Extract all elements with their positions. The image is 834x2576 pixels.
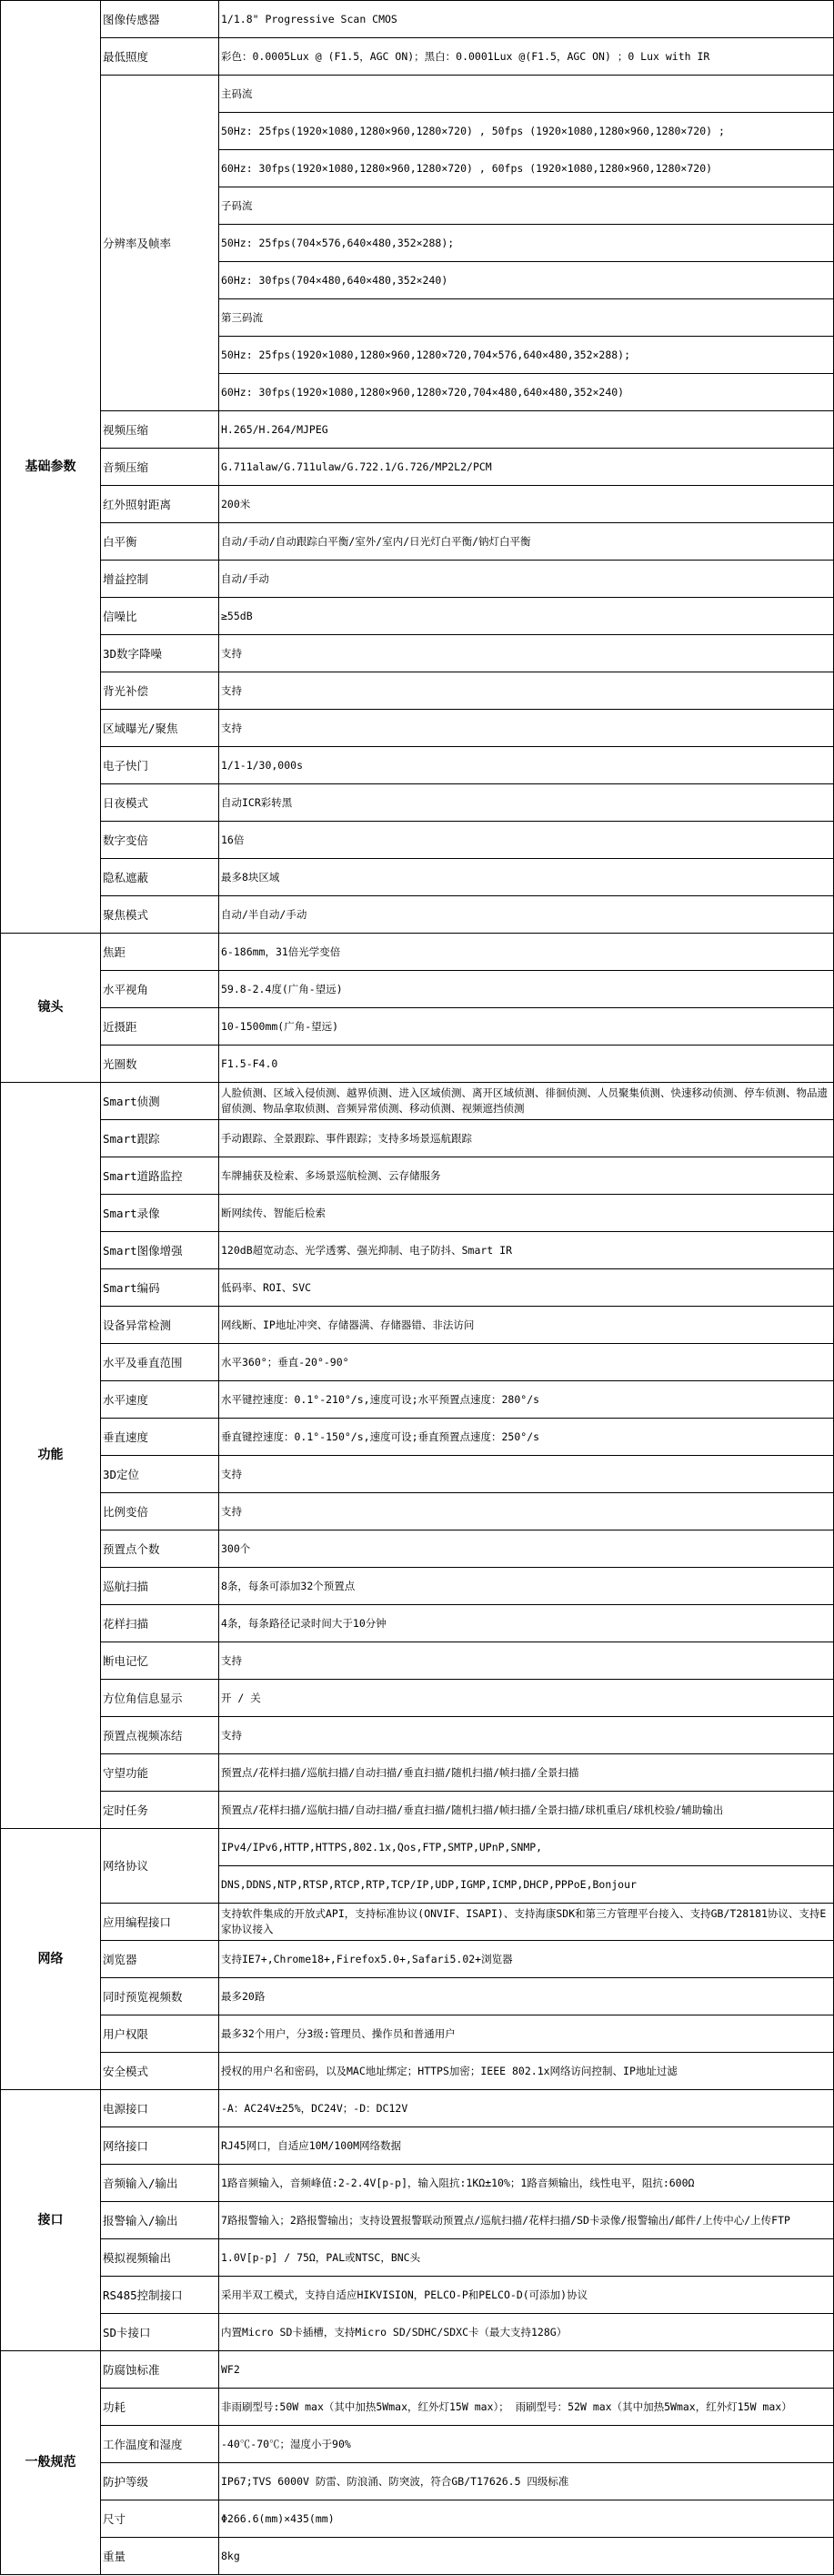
- spec-table: 基础参数图像传感器1/1.8" Progressive Scan CMOS最低照…: [0, 0, 834, 2575]
- spec-value: 自动/手动/自动跟踪白平衡/室外/室内/日光灯白平衡/钠灯白平衡: [219, 523, 834, 561]
- spec-row: 光圈数F1.5-F4.0: [1, 1046, 834, 1083]
- spec-row: 定时任务预置点/花样扫描/巡航扫描/自动扫描/垂直扫描/随机扫描/帧扫描/全景扫…: [1, 1792, 834, 1829]
- spec-value: 低码率、ROI、SVC: [219, 1269, 834, 1307]
- spec-name: 增益控制: [101, 561, 219, 598]
- spec-value: 预置点/花样扫描/巡航扫描/自动扫描/垂直扫描/随机扫描/帧扫描/全景扫描: [219, 1754, 834, 1792]
- spec-name: 网络接口: [101, 2127, 219, 2165]
- spec-row: 日夜模式自动ICR彩转黑: [1, 784, 834, 822]
- spec-name: 隐私遮蔽: [101, 859, 219, 896]
- spec-value: 人脸侦测、区域入侵侦测、越界侦测、进入区域侦测、离开区域侦测、徘徊侦测、人员聚集…: [219, 1083, 834, 1120]
- spec-value: 50Hz: 25fps(1920×1080,1280×960,1280×720)…: [219, 113, 834, 150]
- spec-value: 60Hz: 30fps(1920×1080,1280×960,1280×720,…: [219, 374, 834, 411]
- spec-row: 聚焦模式自动/半自动/手动: [1, 896, 834, 934]
- spec-row: 3D数字降噪支持: [1, 635, 834, 672]
- spec-value: ≥55dB: [219, 598, 834, 635]
- spec-name: 工作温度和湿度: [101, 2426, 219, 2463]
- spec-name: 水平速度: [101, 1381, 219, 1419]
- spec-value: 120dB超宽动态、光学透雾、强光抑制、电子防抖、Smart IR: [219, 1232, 834, 1269]
- spec-name: 安全模式: [101, 2053, 219, 2090]
- spec-row: 重量8kg: [1, 2538, 834, 2575]
- spec-name: Smart道路监控: [101, 1157, 219, 1195]
- spec-row: 隐私遮蔽最多8块区域: [1, 859, 834, 896]
- spec-row: 应用编程接口支持软件集成的开放式API，支持标准协议(ONVIF、ISAPI)、…: [1, 1904, 834, 1941]
- spec-row: 分辨率及帧率主码流: [1, 76, 834, 113]
- spec-value: 支持: [219, 635, 834, 672]
- spec-name: Smart跟踪: [101, 1120, 219, 1157]
- spec-name: 3D数字降噪: [101, 635, 219, 672]
- spec-value: 59.8-2.4度(广角-望远): [219, 971, 834, 1008]
- spec-row: 数字变倍16倍: [1, 822, 834, 859]
- spec-row: 镜头焦距6-186mm，31倍光学变倍: [1, 934, 834, 971]
- spec-row: 比例变倍支持: [1, 1493, 834, 1530]
- spec-row: 安全模式授权的用户名和密码，以及MAC地址绑定；HTTPS加密；IEEE 802…: [1, 2053, 834, 2090]
- spec-row: 音频压缩G.711alaw/G.711ulaw/G.722.1/G.726/MP…: [1, 449, 834, 486]
- spec-row: 工作温度和湿度-40℃-70℃；湿度小于90%: [1, 2426, 834, 2463]
- spec-row: 电子快门1/1-1/30,000s: [1, 747, 834, 784]
- spec-row: 设备异常检测网线断、IP地址冲突、存储器满、存储器错、非法访问: [1, 1307, 834, 1344]
- spec-row: 方位角信息显示开 / 关: [1, 1680, 834, 1717]
- spec-name: 应用编程接口: [101, 1904, 219, 1941]
- spec-value: 车牌捕获及检索、多场景巡航检测、云存储服务: [219, 1157, 834, 1195]
- spec-row: 浏览器支持IE7+,Chrome18+,Firefox5.0+,Safari5.…: [1, 1941, 834, 1978]
- spec-value: 预置点/花样扫描/巡航扫描/自动扫描/垂直扫描/随机扫描/帧扫描/全景扫描/球机…: [219, 1792, 834, 1829]
- spec-row: 同时预览视频数最多20路: [1, 1978, 834, 2015]
- spec-value: IPv4/IPv6,HTTP,HTTPS,802.1x,Qos,FTP,SMTP…: [219, 1829, 834, 1866]
- spec-name: 花样扫描: [101, 1605, 219, 1642]
- spec-name: 守望功能: [101, 1754, 219, 1792]
- spec-value: 支持: [219, 1642, 834, 1680]
- spec-name: RS485控制接口: [101, 2277, 219, 2314]
- spec-value: 采用半双工模式，支持自适应HIKVISION，PELCO-P和PELCO-D(可…: [219, 2277, 834, 2314]
- spec-name: 设备异常检测: [101, 1307, 219, 1344]
- spec-row: 红外照射距离200米: [1, 486, 834, 523]
- spec-value: 网线断、IP地址冲突、存储器满、存储器错、非法访问: [219, 1307, 834, 1344]
- spec-value: 水平360°；垂直-20°-90°: [219, 1344, 834, 1381]
- spec-name: 预置点视频冻结: [101, 1717, 219, 1754]
- spec-name: 防腐蚀标准: [101, 2351, 219, 2389]
- spec-row: 增益控制自动/手动: [1, 561, 834, 598]
- spec-name: Smart编码: [101, 1269, 219, 1307]
- spec-name: 焦距: [101, 934, 219, 971]
- spec-name: 聚焦模式: [101, 896, 219, 934]
- spec-name: Smart侦测: [101, 1083, 219, 1120]
- spec-value: 自动/半自动/手动: [219, 896, 834, 934]
- spec-value: 7路报警输入；2路报警输出；支持设置报警联动预置点/巡航扫描/花样扫描/SD卡录…: [219, 2202, 834, 2239]
- spec-value: 1.0V[p-p] / 75Ω，PAL或NTSC，BNC头: [219, 2239, 834, 2277]
- spec-name: 红外照射距离: [101, 486, 219, 523]
- spec-name: 垂直速度: [101, 1419, 219, 1456]
- spec-table-body: 基础参数图像传感器1/1.8" Progressive Scan CMOS最低照…: [1, 1, 834, 2575]
- spec-value: 1/1.8" Progressive Scan CMOS: [219, 1, 834, 38]
- spec-value: 支持IE7+,Chrome18+,Firefox5.0+,Safari5.02+…: [219, 1941, 834, 1978]
- spec-value: 16倍: [219, 822, 834, 859]
- spec-value: 4条，每条路径记录时间大于10分钟: [219, 1605, 834, 1642]
- spec-row: 基础参数图像传感器1/1.8" Progressive Scan CMOS: [1, 1, 834, 38]
- spec-name: 巡航扫描: [101, 1568, 219, 1605]
- spec-row: 防护等级IP67;TVS 6000V 防雷、防浪涌、防突波，符合GB/T1762…: [1, 2463, 834, 2500]
- spec-value: 自动ICR彩转黑: [219, 784, 834, 822]
- spec-name: 日夜模式: [101, 784, 219, 822]
- spec-value: 垂直键控速度：0.1°-150°/s,速度可设;垂直预置点速度：250°/s: [219, 1419, 834, 1456]
- spec-row: 接口电源接口-A：AC24V±25%，DC24V；-D：DC12V: [1, 2090, 834, 2127]
- spec-name: 水平视角: [101, 971, 219, 1008]
- spec-value: F1.5-F4.0: [219, 1046, 834, 1083]
- spec-value: 支持: [219, 710, 834, 747]
- spec-value: 最多20路: [219, 1978, 834, 2015]
- spec-value: 手动跟踪、全景跟踪、事件跟踪；支持多场景巡航跟踪: [219, 1120, 834, 1157]
- spec-value: G.711alaw/G.711ulaw/G.722.1/G.726/MP2L2/…: [219, 449, 834, 486]
- spec-name: 白平衡: [101, 523, 219, 561]
- spec-value: 支持软件集成的开放式API，支持标准协议(ONVIF、ISAPI)、支持海康SD…: [219, 1904, 834, 1941]
- spec-name: 图像传感器: [101, 1, 219, 38]
- spec-name: 定时任务: [101, 1792, 219, 1829]
- spec-value: 支持: [219, 1456, 834, 1493]
- spec-name: 用户权限: [101, 2015, 219, 2053]
- spec-name: 尺寸: [101, 2500, 219, 2538]
- spec-value: 200米: [219, 486, 834, 523]
- spec-name: 分辨率及帧率: [101, 76, 219, 411]
- spec-value: 10-1500mm(广角-望远): [219, 1008, 834, 1046]
- spec-row: 网络网络协议IPv4/IPv6,HTTP,HTTPS,802.1x,Qos,FT…: [1, 1829, 834, 1866]
- spec-name: 音频压缩: [101, 449, 219, 486]
- spec-row: 功耗非雨刷型号:50W max（其中加热5Wmax，红外灯15W max）； 雨…: [1, 2389, 834, 2426]
- spec-row: 水平视角59.8-2.4度(广角-望远): [1, 971, 834, 1008]
- spec-name: 最低照度: [101, 38, 219, 76]
- spec-value: 水平键控速度：0.1°-210°/s,速度可设;水平预置点速度：280°/s: [219, 1381, 834, 1419]
- spec-value: 300个: [219, 1530, 834, 1568]
- spec-value: WF2: [219, 2351, 834, 2389]
- spec-row: 模拟视频输出1.0V[p-p] / 75Ω，PAL或NTSC，BNC头: [1, 2239, 834, 2277]
- spec-name: 光圈数: [101, 1046, 219, 1083]
- spec-value: -A：AC24V±25%，DC24V；-D：DC12V: [219, 2090, 834, 2127]
- spec-value: 自动/手动: [219, 561, 834, 598]
- spec-value: DNS,DDNS,NTP,RTSP,RTCP,RTP,TCP/IP,UDP,IG…: [219, 1866, 834, 1904]
- spec-name: 模拟视频输出: [101, 2239, 219, 2277]
- spec-name: 同时预览视频数: [101, 1978, 219, 2015]
- spec-row: 尺寸Φ266.6(mm)×435(mm): [1, 2500, 834, 2538]
- spec-row: 音频输入/输出1路音频输入，音频峰值:2-2.4V[p-p]，输入阻抗:1KΩ±…: [1, 2165, 834, 2202]
- spec-name: 网络协议: [101, 1829, 219, 1904]
- spec-row: 守望功能预置点/花样扫描/巡航扫描/自动扫描/垂直扫描/随机扫描/帧扫描/全景扫…: [1, 1754, 834, 1792]
- spec-value: Φ266.6(mm)×435(mm): [219, 2500, 834, 2538]
- spec-name: 报警输入/输出: [101, 2202, 219, 2239]
- spec-row: 水平速度水平键控速度：0.1°-210°/s,速度可设;水平预置点速度：280°…: [1, 1381, 834, 1419]
- spec-value: 支持: [219, 1717, 834, 1754]
- spec-row: Smart图像增强120dB超宽动态、光学透雾、强光抑制、电子防抖、Smart …: [1, 1232, 834, 1269]
- spec-value: 最多8块区域: [219, 859, 834, 896]
- spec-name: 方位角信息显示: [101, 1680, 219, 1717]
- spec-name: Smart录像: [101, 1195, 219, 1232]
- category-label: 接口: [1, 2090, 101, 2351]
- spec-value: 最多32个用户，分3级:管理员、操作员和普通用户: [219, 2015, 834, 2053]
- spec-name: 防护等级: [101, 2463, 219, 2500]
- spec-name: 数字变倍: [101, 822, 219, 859]
- spec-name: 背光补偿: [101, 672, 219, 710]
- spec-row: 报警输入/输出7路报警输入；2路报警输出；支持设置报警联动预置点/巡航扫描/花样…: [1, 2202, 834, 2239]
- spec-name: 预置点个数: [101, 1530, 219, 1568]
- spec-value: 60Hz: 30fps(1920×1080,1280×960,1280×720)…: [219, 150, 834, 187]
- spec-value: 非雨刷型号:50W max（其中加热5Wmax，红外灯15W max）； 雨刷型…: [219, 2389, 834, 2426]
- spec-row: 网络接口RJ45网口，自适应10M/100M网络数据: [1, 2127, 834, 2165]
- spec-value: 第三码流: [219, 299, 834, 337]
- spec-value: H.265/H.264/MJPEG: [219, 411, 834, 449]
- spec-row: 预置点视频冻结支持: [1, 1717, 834, 1754]
- spec-row: 一般规范防腐蚀标准WF2: [1, 2351, 834, 2389]
- spec-name: 3D定位: [101, 1456, 219, 1493]
- category-label: 网络: [1, 1829, 101, 2090]
- spec-value: 内置Micro SD卡插槽，支持Micro SD/SDHC/SDXC卡（最大支持…: [219, 2314, 834, 2351]
- category-label: 镜头: [1, 934, 101, 1083]
- spec-value: 开 / 关: [219, 1680, 834, 1717]
- spec-name: 断电记忆: [101, 1642, 219, 1680]
- spec-row: 水平及垂直范围水平360°；垂直-20°-90°: [1, 1344, 834, 1381]
- spec-row: 区域曝光/聚焦支持: [1, 710, 834, 747]
- spec-value: 50Hz: 25fps(1920×1080,1280×960,1280×720,…: [219, 337, 834, 374]
- spec-row: 用户权限最多32个用户，分3级:管理员、操作员和普通用户: [1, 2015, 834, 2053]
- spec-name: Smart图像增强: [101, 1232, 219, 1269]
- spec-row: Smart编码低码率、ROI、SVC: [1, 1269, 834, 1307]
- spec-row: 巡航扫描8条，每条可添加32个预置点: [1, 1568, 834, 1605]
- spec-row: 预置点个数300个: [1, 1530, 834, 1568]
- category-label: 一般规范: [1, 2351, 101, 2575]
- spec-name: 信噪比: [101, 598, 219, 635]
- spec-row: 信噪比≥55dB: [1, 598, 834, 635]
- spec-value: 6-186mm，31倍光学变倍: [219, 934, 834, 971]
- spec-row: 花样扫描4条，每条路径记录时间大于10分钟: [1, 1605, 834, 1642]
- spec-row: RS485控制接口采用半双工模式，支持自适应HIKVISION，PELCO-P和…: [1, 2277, 834, 2314]
- spec-name: 浏览器: [101, 1941, 219, 1978]
- spec-value: 8条，每条可添加32个预置点: [219, 1568, 834, 1605]
- spec-value: RJ45网口，自适应10M/100M网络数据: [219, 2127, 834, 2165]
- spec-value: 彩色：0.0005Lux @ (F1.5，AGC ON)；黑白：0.0001Lu…: [219, 38, 834, 76]
- spec-value: 50Hz: 25fps(704×576,640×480,352×288);: [219, 225, 834, 262]
- spec-row: 背光补偿支持: [1, 672, 834, 710]
- spec-name: 重量: [101, 2538, 219, 2575]
- spec-value: IP67;TVS 6000V 防雷、防浪涌、防突波，符合GB/T17626.5 …: [219, 2463, 834, 2500]
- spec-value: 授权的用户名和密码，以及MAC地址绑定；HTTPS加密；IEEE 802.1x网…: [219, 2053, 834, 2090]
- spec-value: 断网续传、智能后检索: [219, 1195, 834, 1232]
- spec-row: 3D定位支持: [1, 1456, 834, 1493]
- spec-name: SD卡接口: [101, 2314, 219, 2351]
- spec-name: 音频输入/输出: [101, 2165, 219, 2202]
- category-label: 基础参数: [1, 1, 101, 934]
- spec-value: 子码流: [219, 187, 834, 225]
- spec-row: Smart跟踪手动跟踪、全景跟踪、事件跟踪；支持多场景巡航跟踪: [1, 1120, 834, 1157]
- spec-value: 1/1-1/30,000s: [219, 747, 834, 784]
- spec-name: 电子快门: [101, 747, 219, 784]
- spec-value: 60Hz: 30fps(704×480,640×480,352×240): [219, 262, 834, 299]
- spec-value: 1路音频输入，音频峰值:2-2.4V[p-p]，输入阻抗:1KΩ±10%；1路音…: [219, 2165, 834, 2202]
- spec-row: 视频压缩H.265/H.264/MJPEG: [1, 411, 834, 449]
- spec-row: SD卡接口内置Micro SD卡插槽，支持Micro SD/SDHC/SDXC卡…: [1, 2314, 834, 2351]
- spec-name: 水平及垂直范围: [101, 1344, 219, 1381]
- spec-row: 近摄距10-1500mm(广角-望远): [1, 1008, 834, 1046]
- spec-name: 电源接口: [101, 2090, 219, 2127]
- spec-name: 近摄距: [101, 1008, 219, 1046]
- spec-value: 8kg: [219, 2538, 834, 2575]
- spec-row: 垂直速度垂直键控速度：0.1°-150°/s,速度可设;垂直预置点速度：250°…: [1, 1419, 834, 1456]
- spec-name: 比例变倍: [101, 1493, 219, 1530]
- spec-value: 主码流: [219, 76, 834, 113]
- spec-name: 区域曝光/聚焦: [101, 710, 219, 747]
- spec-name: 功耗: [101, 2389, 219, 2426]
- spec-row: Smart录像断网续传、智能后检索: [1, 1195, 834, 1232]
- spec-value: -40℃-70℃；湿度小于90%: [219, 2426, 834, 2463]
- spec-row: Smart道路监控车牌捕获及检索、多场景巡航检测、云存储服务: [1, 1157, 834, 1195]
- spec-row: 功能Smart侦测人脸侦测、区域入侵侦测、越界侦测、进入区域侦测、离开区域侦测、…: [1, 1083, 834, 1120]
- spec-value: 支持: [219, 1493, 834, 1530]
- spec-row: 断电记忆支持: [1, 1642, 834, 1680]
- spec-row: 白平衡自动/手动/自动跟踪白平衡/室外/室内/日光灯白平衡/钠灯白平衡: [1, 523, 834, 561]
- spec-row: 最低照度彩色：0.0005Lux @ (F1.5，AGC ON)；黑白：0.00…: [1, 38, 834, 76]
- spec-name: 视频压缩: [101, 411, 219, 449]
- spec-value: 支持: [219, 672, 834, 710]
- category-label: 功能: [1, 1083, 101, 1829]
